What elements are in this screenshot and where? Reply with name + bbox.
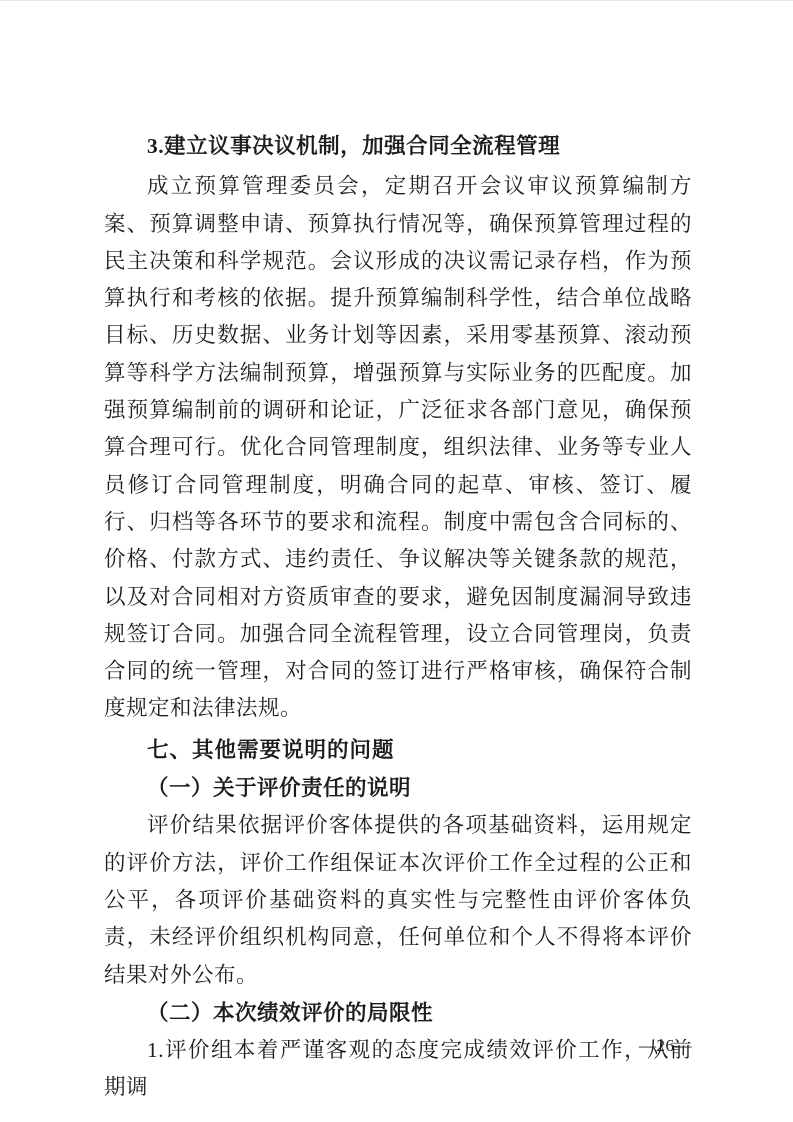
paragraph-evaluation-responsibility: 评价结果依据评价客体提供的各项基础资料，运用规定的评价方法，评价工作组保证本次评… <box>104 807 692 993</box>
heading-3-contract-management: 3.建立议事决议机制，加强合同全流程管理 <box>104 128 692 165</box>
document-page: 3.建立议事决议机制，加强合同全流程管理 成立预算管理委员会，定期召开会议审议预… <box>0 0 793 1122</box>
paragraph-budget-committee: 成立预算管理委员会，定期召开会议审议预算编制方案、预算调整申请、预算执行情况等，… <box>104 168 692 727</box>
page-top-edge <box>0 0 793 1</box>
heading-2-evaluation-limitations: （二）本次绩效评价的局限性 <box>104 995 692 1032</box>
page-number: —26— <box>639 1036 692 1056</box>
heading-7-other-issues: 七、其他需要说明的问题 <box>104 732 692 769</box>
heading-1-evaluation-responsibility: （一）关于评价责任的说明 <box>104 770 692 807</box>
document-content: 3.建立议事决议机制，加强合同全流程管理 成立预算管理委员会，定期召开会议审议预… <box>104 128 692 1107</box>
paragraph-evaluation-limitations-intro: 1.评价组本着严谨客观的态度完成绩效评价工作，从前期调 <box>104 1032 692 1107</box>
